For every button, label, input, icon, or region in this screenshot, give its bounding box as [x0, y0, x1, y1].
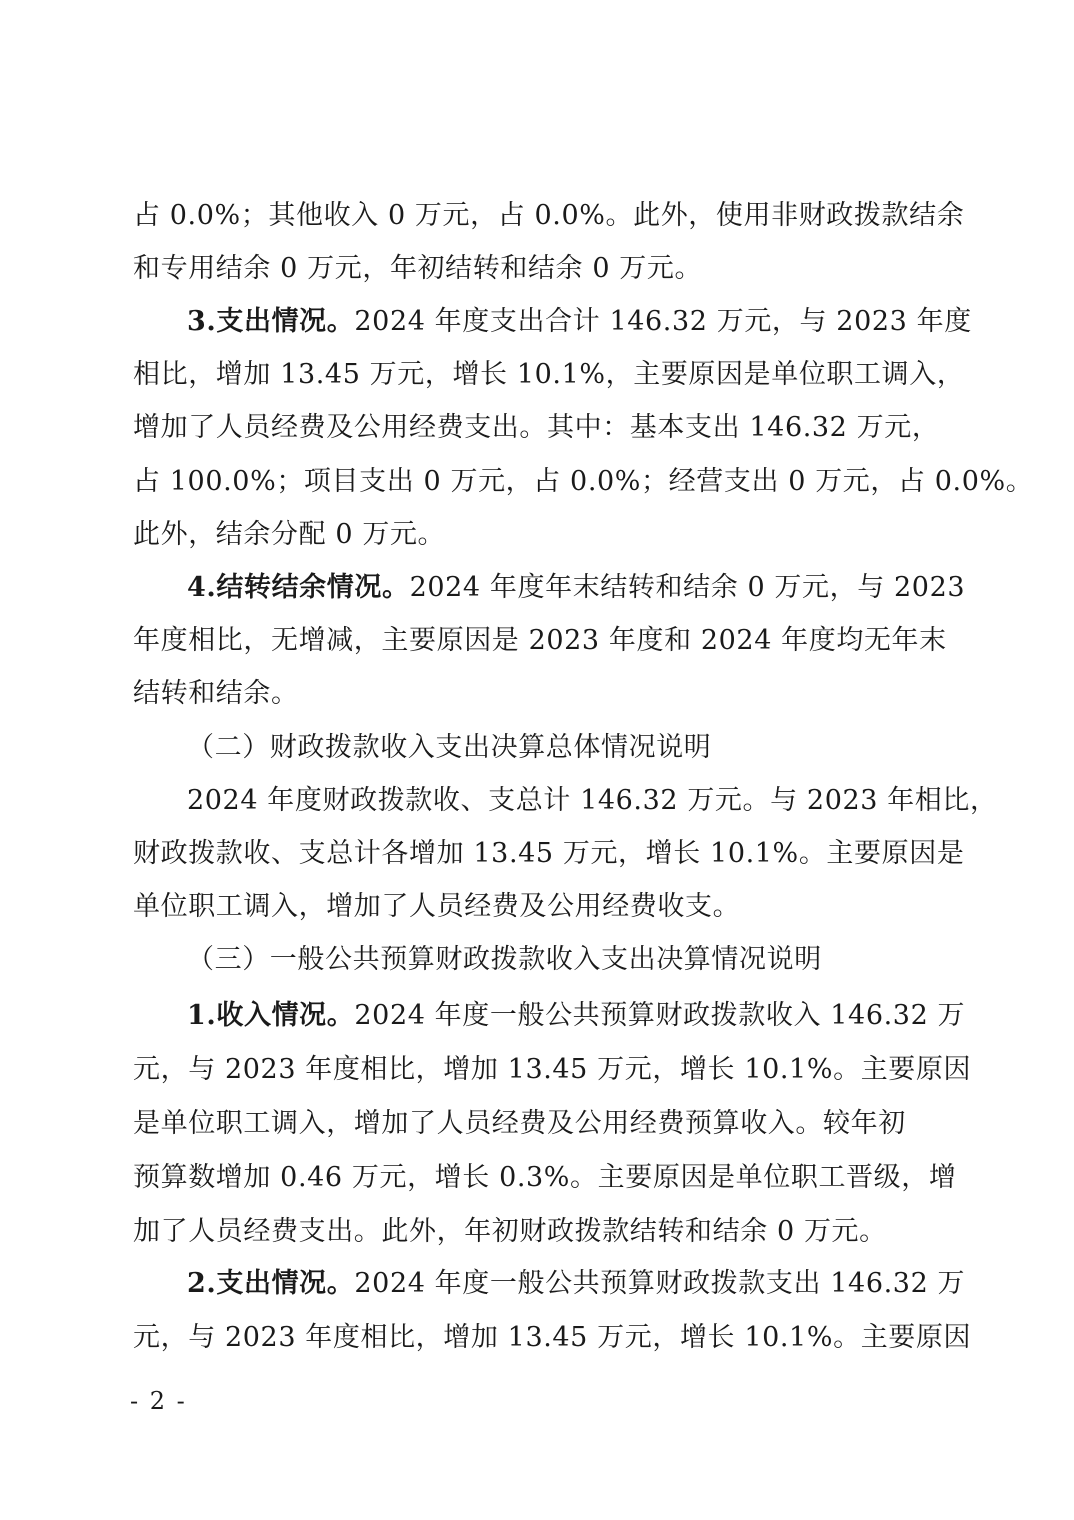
line-text: 是单位职工调入，增加了人员经费及公用经费预算收入。较年初 — [133, 1108, 906, 1139]
text-line: 单位职工调入，增加了人员经费及公用经费收支。 — [133, 887, 945, 927]
text-line: 是单位职工调入，增加了人员经费及公用经费预算收入。较年初 — [133, 1104, 945, 1144]
line-text: 2024 年度一般公共预算财政拨款支出 146.32 万 — [354, 1268, 965, 1299]
text-line: 增加了人员经费及公用经费支出。其中：基本支出 146.32 万元， — [133, 408, 945, 448]
text-line: 结转和结余。 — [133, 674, 945, 714]
line-text: 2024 年度年末结转和结余 0 万元，与 2023 — [410, 572, 966, 603]
line-text: 元，与 2023 年度相比，增加 13.45 万元，增长 10.1%。主要原因 — [133, 1054, 971, 1085]
section-lead: 3.支出情况。 — [187, 306, 354, 337]
line-text: 2024 年度支出合计 146.32 万元，与 2023 年度 — [354, 306, 971, 337]
section-2-expenditure: 2.支出情况。2024 年度一般公共预算财政拨款支出 146.32 万 — [187, 1264, 999, 1304]
text-line: 财政拨款收、支总计各增加 13.45 万元，增长 10.1%。主要原因是 — [133, 834, 945, 874]
text-line: 预算数增加 0.46 万元，增长 0.3%。主要原因是单位职工晋级，增 — [133, 1158, 945, 1198]
section-1-income: 1.收入情况。2024 年度一般公共预算财政拨款收入 146.32 万 — [187, 996, 999, 1036]
line-text: 此外，结余分配 0 万元。 — [133, 519, 445, 550]
line-text: 和专用结余 0 万元，年初结转和结余 0 万元。 — [133, 253, 702, 284]
text-line: 年度相比，无增减，主要原因是 2023 年度和 2024 年度均无年末 — [133, 621, 945, 661]
line-text: 结转和结余。 — [133, 678, 299, 709]
line-text: 单位职工调入，增加了人员经费及公用经费收支。 — [133, 891, 740, 922]
line-text: 预算数增加 0.46 万元，增长 0.3%。主要原因是单位职工晋级，增 — [133, 1162, 956, 1193]
line-text: 年度相比，无增减，主要原因是 2023 年度和 2024 年度均无年末 — [133, 625, 947, 656]
line-text: 元，与 2023 年度相比，增加 13.45 万元，增长 10.1%。主要原因 — [133, 1322, 971, 1353]
heading-text: （三）一般公共预算财政拨款收入支出决算情况说明 — [187, 944, 822, 975]
line-text: 财政拨款收、支总计各增加 13.45 万元，增长 10.1%。主要原因是 — [133, 838, 964, 869]
line-text: 2024 年度财政拨款收、支总计 146.32 万元。与 2023 年相比， — [187, 785, 998, 816]
heading-general-budget: （三）一般公共预算财政拨款收入支出决算情况说明 — [187, 940, 999, 980]
section-4-carryover: 4.结转结余情况。2024 年度年末结转和结余 0 万元，与 2023 — [187, 568, 999, 608]
text-line: 加了人员经费支出。此外，年初财政拨款结转和结余 0 万元。 — [133, 1212, 945, 1252]
text-line: 2024 年度财政拨款收、支总计 146.32 万元。与 2023 年相比， — [187, 781, 999, 821]
heading-fiscal-overview: （二）财政拨款收入支出决算总体情况说明 — [187, 728, 999, 768]
page-number: - 2 - — [130, 1383, 187, 1419]
line-text: 增加了人员经费及公用经费支出。其中：基本支出 146.32 万元， — [133, 412, 939, 443]
line-text: 占 100.0%；项目支出 0 万元，占 0.0%；经营支出 0 万元，占 0.… — [133, 466, 1033, 497]
section-lead: 4.结转结余情况。 — [187, 572, 410, 603]
text-line: 占 100.0%；项目支出 0 万元，占 0.0%；经营支出 0 万元，占 0.… — [133, 462, 945, 502]
text-line: 元，与 2023 年度相比，增加 13.45 万元，增长 10.1%。主要原因 — [133, 1050, 945, 1090]
document-page: 占 0.0%；其他收入 0 万元，占 0.0%。此外，使用非财政拨款结余 和专用… — [0, 0, 1074, 1520]
line-text: 加了人员经费支出。此外，年初财政拨款结转和结余 0 万元。 — [133, 1216, 887, 1247]
text-line: 此外，结余分配 0 万元。 — [133, 515, 945, 555]
heading-text: （二）财政拨款收入支出决算总体情况说明 — [187, 732, 711, 763]
text-line: 和专用结余 0 万元，年初结转和结余 0 万元。 — [133, 249, 945, 289]
text-line: 相比，增加 13.45 万元，增长 10.1%，主要原因是单位职工调入， — [133, 355, 945, 395]
line-text: 2024 年度一般公共预算财政拨款收入 146.32 万 — [354, 1000, 965, 1031]
section-lead: 1.收入情况。 — [187, 1000, 354, 1031]
text-line: 占 0.0%；其他收入 0 万元，占 0.0%。此外，使用非财政拨款结余 — [133, 196, 945, 236]
section-lead: 2.支出情况。 — [187, 1268, 354, 1299]
text-line: 元，与 2023 年度相比，增加 13.45 万元，增长 10.1%。主要原因 — [133, 1318, 945, 1358]
line-text: 相比，增加 13.45 万元，增长 10.1%，主要原因是单位职工调入， — [133, 359, 964, 390]
section-3-expenditure: 3.支出情况。2024 年度支出合计 146.32 万元，与 2023 年度 — [187, 302, 999, 342]
line-text: 占 0.0%；其他收入 0 万元，占 0.0%。此外，使用非财政拨款结余 — [133, 200, 964, 231]
